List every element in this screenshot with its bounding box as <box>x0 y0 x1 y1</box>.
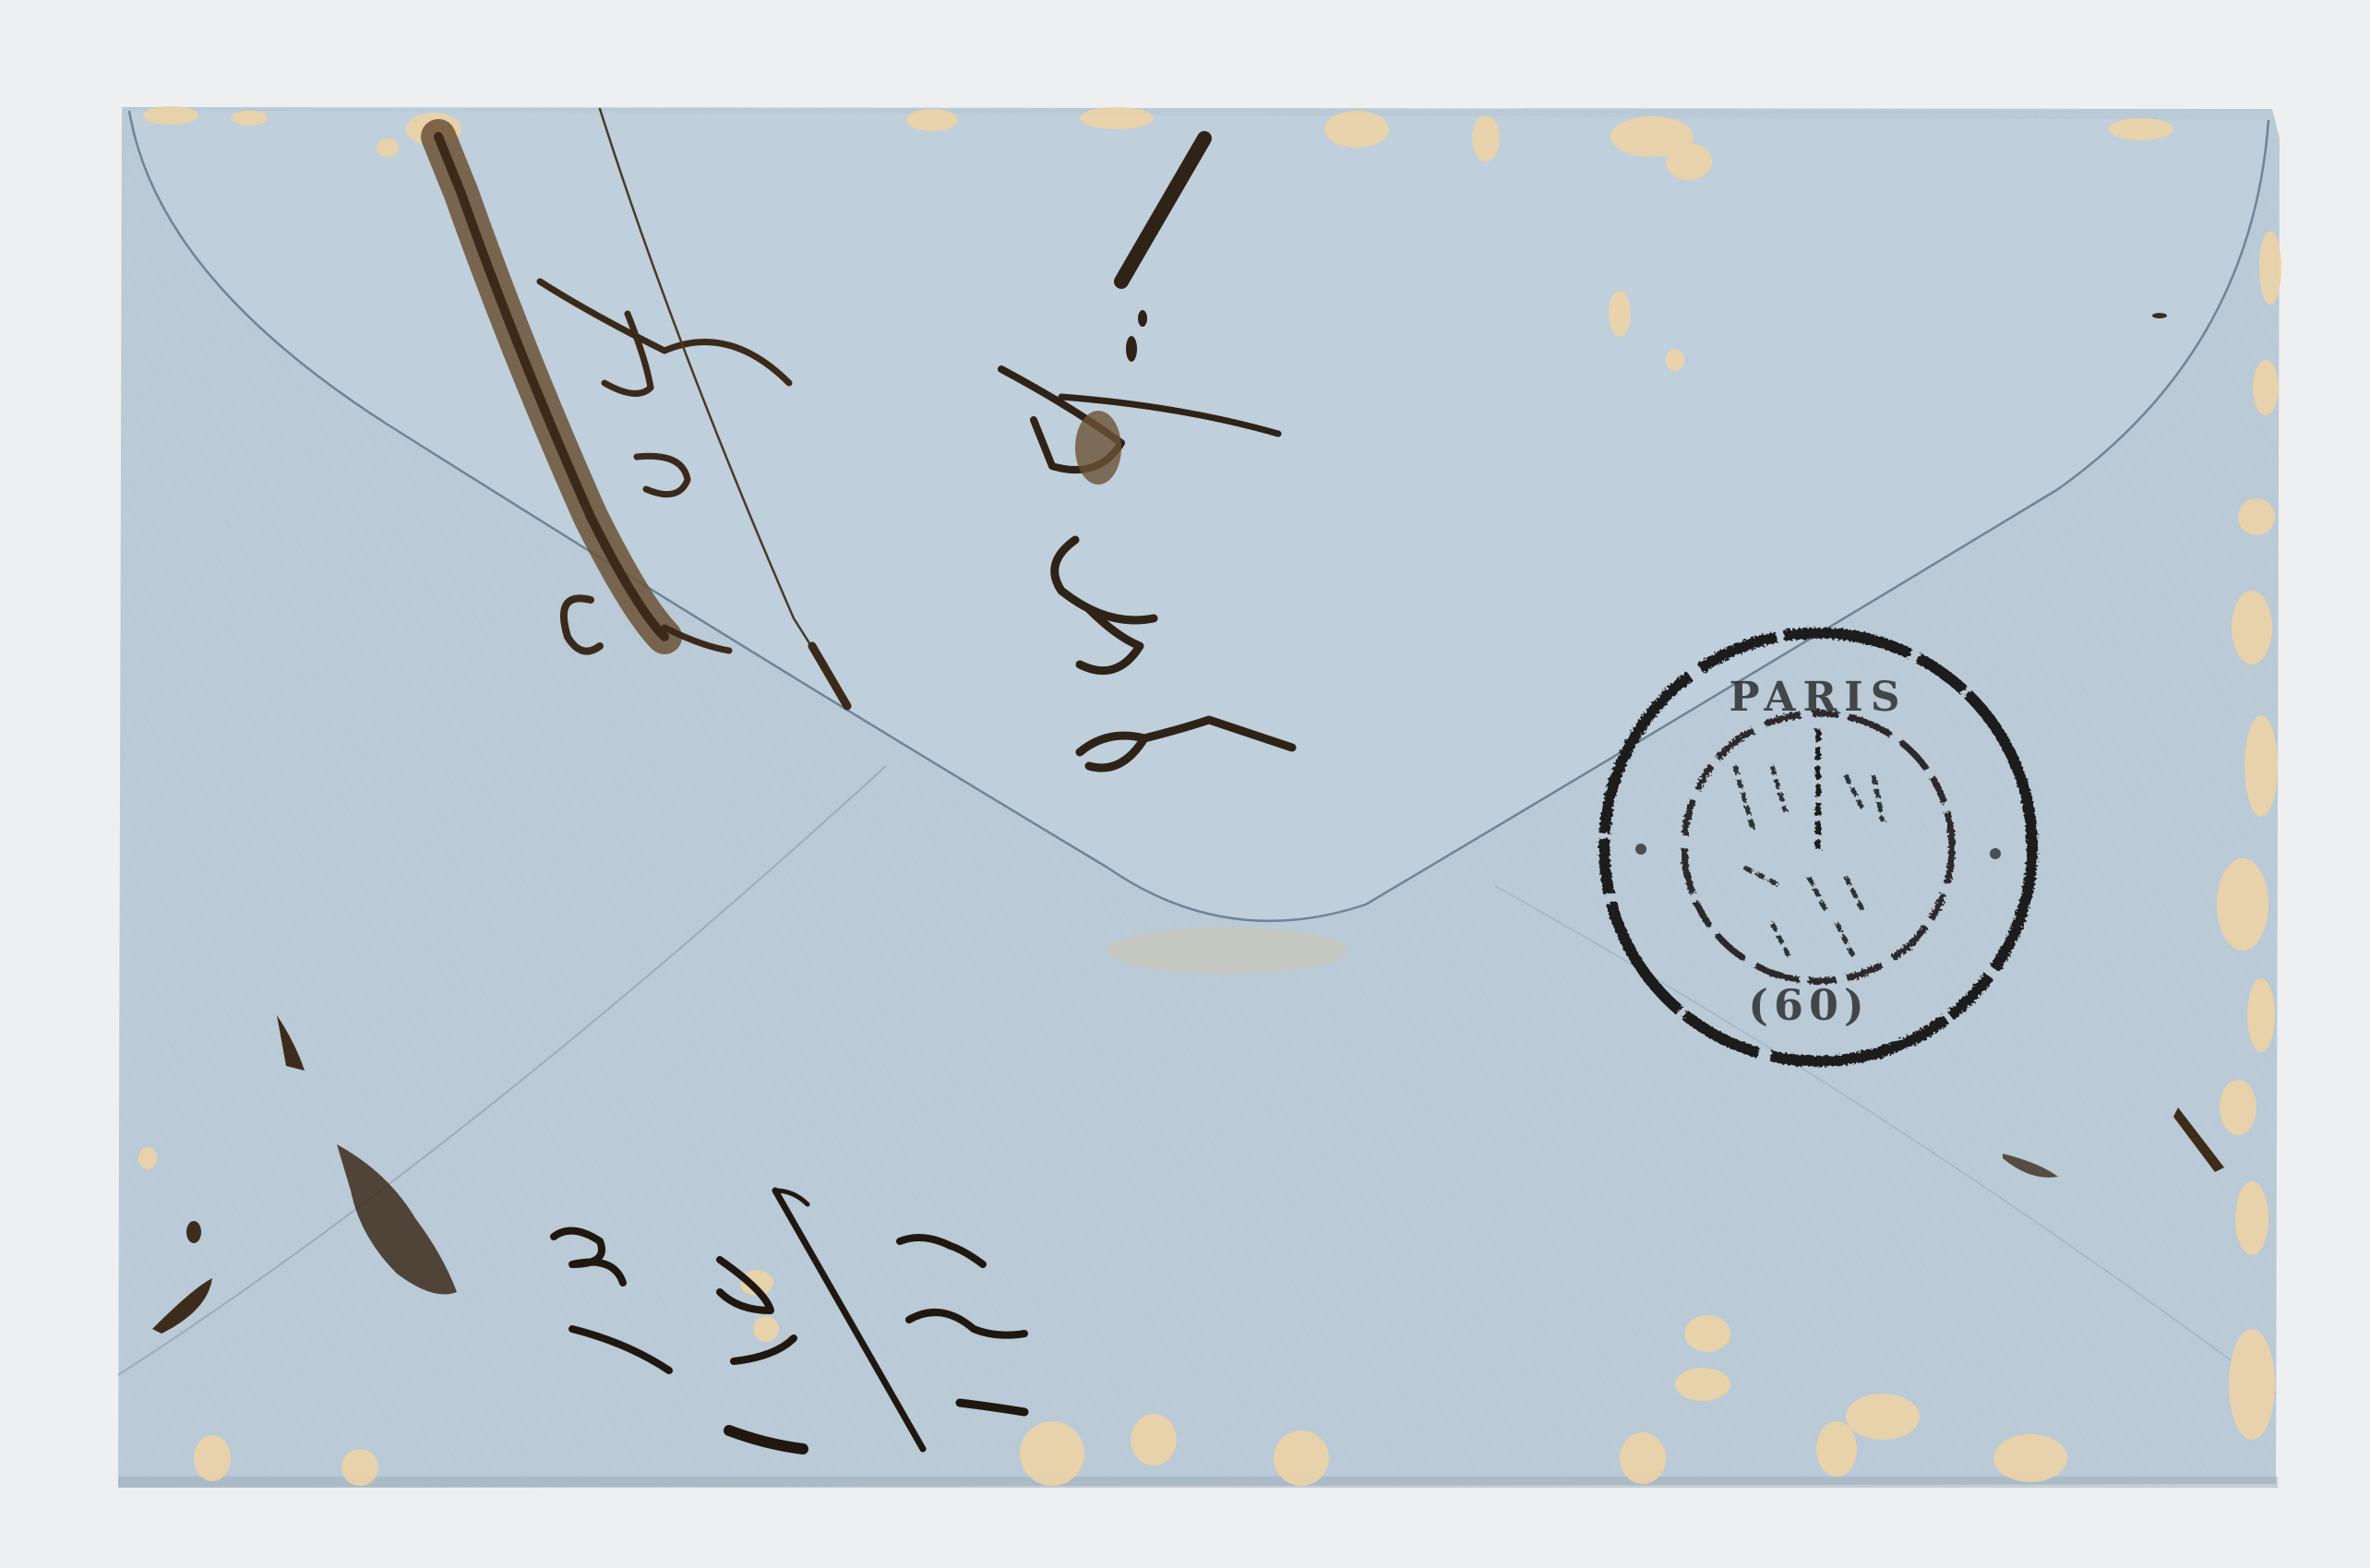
envelope-illustration: PARIS (60) <box>0 0 2370 1568</box>
postmark-top-text: PARIS <box>1730 674 1908 721</box>
postmark-side-dot-left <box>1635 844 1646 855</box>
postmark-side-dot-right <box>1990 848 2001 859</box>
envelope-photo: Back of an antique blue paper envelope w… <box>0 0 2370 1568</box>
postmark-bottom-text: (60) <box>1748 980 1870 1030</box>
